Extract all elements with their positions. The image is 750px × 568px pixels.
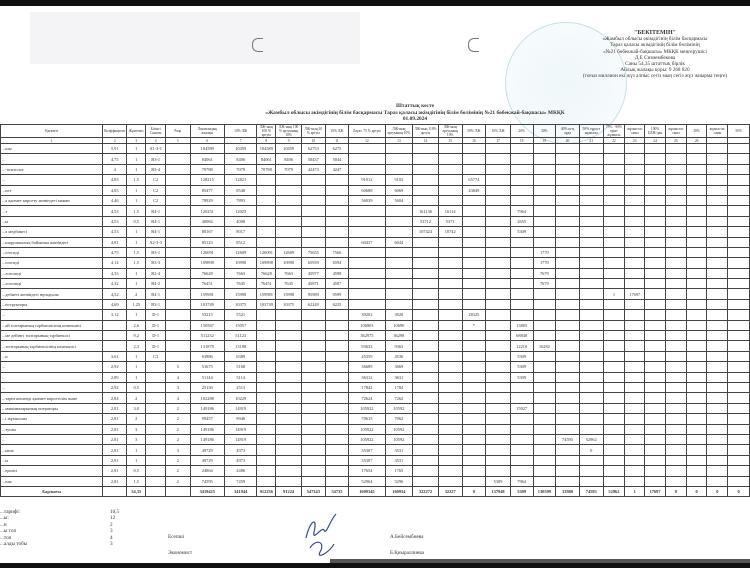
table-cell	[166, 279, 190, 289]
table-cell	[707, 206, 728, 216]
table-cell	[625, 424, 645, 434]
table-cell: В3-1	[146, 247, 166, 257]
table-cell: 5604	[385, 195, 413, 205]
table-cell	[579, 362, 603, 372]
table-cell: 15998	[276, 289, 302, 299]
table-cell	[438, 175, 462, 185]
table-cell	[728, 310, 750, 320]
table-cell: 12609	[225, 247, 257, 257]
table-cell: 4,69	[103, 299, 127, 309]
total-cell: 0	[665, 486, 686, 496]
table-cell: В3-1	[146, 299, 166, 309]
approval-block: "БЕКІТЕМІН" «Жамбыл облысы әкімдігінің б…	[560, 30, 750, 80]
table-cell	[625, 362, 645, 372]
column-header: 100% БЛЖ-дан	[645, 125, 666, 138]
table-cell	[413, 445, 439, 455]
table-cell: 15927	[510, 403, 533, 413]
table-cell	[166, 144, 190, 154]
table-cell: 50437	[301, 154, 325, 164]
table-cell	[349, 258, 385, 268]
table-cell	[625, 341, 645, 351]
table-cell: С2	[146, 185, 166, 195]
table-cell	[146, 414, 166, 424]
document-title: Штаттық кесте	[250, 103, 580, 110]
table-cell	[166, 154, 190, 164]
table-cell: 1	[127, 310, 146, 320]
table-cell	[462, 434, 486, 444]
table-cell	[665, 351, 686, 361]
table-cell	[301, 393, 325, 403]
table-cell	[257, 185, 276, 195]
table-cell	[510, 455, 533, 465]
table-cell: 4008	[225, 216, 257, 226]
table-cell	[146, 382, 166, 392]
table-cell	[462, 351, 486, 361]
table-cell	[166, 310, 190, 320]
table-cell	[556, 164, 580, 174]
table-cell	[325, 320, 349, 330]
total-cell: 137948	[486, 486, 511, 496]
table-cell: 75655	[301, 247, 325, 257]
table-cell: В4-1	[146, 216, 166, 226]
table-cell	[728, 299, 750, 309]
table-cell: D-1	[146, 310, 166, 320]
position-name-cell: ...шы	[1, 476, 103, 486]
table-cell	[533, 206, 556, 216]
table-cell	[556, 331, 580, 341]
table-cell	[462, 268, 486, 278]
table-cell	[707, 154, 728, 164]
table-cell	[625, 403, 645, 413]
table-cell	[166, 206, 190, 216]
table-cell: 13188	[225, 341, 257, 351]
table-cell	[625, 310, 645, 320]
table-cell	[603, 195, 625, 205]
table-cell	[665, 393, 686, 403]
background-sheet	[30, 12, 360, 64]
position-name-cell: ...логопеді	[1, 279, 103, 289]
table-cell	[686, 403, 707, 413]
table-cell	[385, 227, 413, 237]
table-cell	[510, 414, 533, 424]
table-cell	[413, 195, 439, 205]
table-cell	[438, 414, 462, 424]
table-cell: 1,5	[127, 258, 146, 268]
table-cell: 93633	[349, 341, 385, 351]
position-name-cell: ...ме дейінгі топтарының тәрбиешісі	[1, 331, 103, 341]
table-cell	[603, 466, 625, 476]
table-cell	[665, 299, 686, 309]
table-cell: В4-2	[146, 279, 166, 289]
column-header: жұмыстас саны	[665, 125, 686, 138]
table-cell	[645, 164, 666, 174]
table-cell: 15057	[225, 320, 257, 330]
table-cell	[462, 247, 486, 257]
table-cell: 1,5	[127, 206, 146, 216]
table-cell	[349, 227, 385, 237]
table-cell	[579, 247, 603, 257]
table-cell	[462, 289, 486, 299]
table-cell: 9,2	[127, 331, 146, 341]
column-header: 75% - 90% ерікт жұмысы	[603, 125, 625, 138]
table-cell	[533, 299, 556, 309]
table-cell	[645, 185, 666, 195]
table-cell	[486, 144, 511, 154]
table-cell: 65774	[462, 175, 486, 185]
table-cell	[462, 341, 486, 351]
table-cell: 14919	[225, 424, 257, 434]
table-cell: 7893	[225, 195, 257, 205]
table-cell	[603, 279, 625, 289]
table-cell	[625, 372, 645, 382]
table-cell: В4-1	[146, 227, 166, 237]
column-header: 50% ЛЖ	[462, 125, 486, 138]
table-cell: 1	[127, 154, 146, 164]
table-cell	[603, 164, 625, 174]
table-cell: 103749	[190, 299, 225, 309]
table-cell	[645, 195, 666, 205]
table-cell	[438, 320, 462, 330]
table-cell	[166, 227, 190, 237]
table-cell: 51144	[190, 372, 225, 382]
total-cell: 33980	[556, 486, 580, 496]
table-cell	[645, 341, 666, 351]
table-cell: 1770	[533, 258, 556, 268]
table-cell: 60437	[349, 237, 385, 247]
table-cell: 109898	[257, 258, 276, 268]
table-cell	[486, 164, 511, 174]
table-cell: 2	[166, 434, 190, 444]
table-cell	[625, 351, 645, 361]
position-name-cell: ...огопеді	[1, 247, 103, 257]
punch-hole-mark	[468, 38, 479, 52]
table-cell	[556, 393, 580, 403]
table-cell	[686, 237, 707, 247]
table-cell	[728, 476, 750, 486]
table-cell	[438, 362, 462, 372]
table-cell: 3	[127, 424, 146, 434]
table-cell	[385, 206, 413, 216]
position-name-cell: ...	[1, 382, 103, 392]
table-cell: 1	[127, 164, 146, 174]
table-cell	[413, 351, 439, 361]
table-cell	[438, 341, 462, 351]
table-cell	[385, 216, 413, 226]
table-cell	[728, 424, 750, 434]
table-cell: 106903	[349, 320, 385, 330]
table-cell	[686, 382, 707, 392]
table-cell: 10990	[276, 258, 302, 268]
table-cell	[413, 414, 439, 424]
table-cell	[385, 247, 413, 257]
table-cell	[728, 320, 750, 330]
table-cell	[486, 382, 511, 392]
table-cell	[533, 154, 556, 164]
table-cell: 10592	[385, 424, 413, 434]
total-cell: 130599	[533, 486, 556, 496]
table-cell	[625, 445, 645, 455]
table-cell	[645, 206, 666, 216]
table-cell: 17697	[625, 289, 645, 299]
table-cell	[486, 372, 511, 382]
table-cell	[146, 455, 166, 465]
table-cell	[728, 258, 750, 268]
table-cell	[486, 351, 511, 361]
total-cell: 341944	[225, 486, 257, 496]
summary-value: 3	[110, 541, 113, 547]
table-cell: 3920	[385, 310, 413, 320]
table-cell	[645, 310, 666, 320]
position-name-cell: ...ы	[1, 216, 103, 226]
table-cell	[603, 362, 625, 372]
table-cell: 14919	[225, 403, 257, 413]
table-cell	[665, 341, 686, 351]
table-row: ...ы4,530,5В4-14008440085371253712655	[1, 216, 750, 226]
column-header: Қызметі	[1, 125, 103, 138]
table-cell	[462, 362, 486, 372]
table-cell	[276, 434, 302, 444]
table-cell	[462, 279, 486, 289]
table-cell: 7079	[276, 164, 302, 174]
table-cell	[533, 382, 556, 392]
table-cell: 36312	[349, 372, 385, 382]
table-cell	[603, 351, 625, 361]
summary-block: ...тарифі:10,5...ы:12...н2...ы топ3...то…	[0, 509, 119, 547]
table-cell	[579, 466, 603, 476]
table-cell: 7262	[385, 393, 413, 403]
table-cell	[510, 393, 533, 403]
table-cell: 39202	[349, 310, 385, 320]
table-cell	[533, 195, 556, 205]
table-cell	[486, 414, 511, 424]
table-cell	[625, 185, 645, 195]
table-cell	[645, 175, 666, 185]
total-cell: 1	[625, 486, 645, 496]
table-cell	[625, 154, 645, 164]
table-cell	[385, 144, 413, 154]
table-cell: 63886	[190, 351, 225, 361]
table-cell	[645, 144, 666, 154]
table-cell	[301, 195, 325, 205]
table-cell: 12025	[225, 206, 257, 216]
table-cell	[625, 393, 645, 403]
table-cell	[301, 237, 325, 247]
table-cell	[510, 164, 533, 174]
column-header: 10% ЛЖ	[225, 125, 257, 138]
table-cell	[462, 206, 486, 216]
table-cell	[665, 310, 686, 320]
total-cell: 32227	[438, 486, 462, 496]
table-cell: 8406	[225, 154, 257, 164]
table-cell: 5309	[510, 351, 533, 361]
table-cell	[665, 403, 686, 413]
table-cell	[645, 216, 666, 226]
table-cell: 5309	[510, 372, 533, 382]
table-cell: 6275	[325, 144, 349, 154]
total-row: Барлығы54,353419425341944912236912245473…	[1, 486, 750, 496]
table-cell: 5309	[510, 362, 533, 372]
table-cell	[325, 403, 349, 413]
table-cell	[556, 362, 580, 372]
table-cell	[625, 455, 645, 465]
table-cell: 2	[166, 403, 190, 413]
table-cell: 5	[166, 362, 190, 372]
table-cell	[728, 455, 750, 465]
table-cell	[728, 154, 750, 164]
table-cell: 99457	[190, 414, 225, 424]
table-cell	[413, 362, 439, 372]
table-cell: 2,81	[103, 403, 127, 413]
table-cell: 4,53	[103, 206, 127, 216]
table-row: ...3,121D-155215552139202392028325	[1, 310, 750, 320]
table-cell: 4,53	[103, 227, 127, 237]
table-cell	[413, 455, 439, 465]
table-cell	[413, 310, 439, 320]
table-cell: 2	[166, 455, 190, 465]
table-cell: 7079	[225, 164, 257, 174]
column-header: 30%	[533, 125, 556, 138]
table-cell	[325, 455, 349, 465]
summary-row: ...алды тобы3	[0, 541, 119, 547]
table-cell	[645, 362, 666, 372]
table-cell	[146, 424, 166, 434]
table-cell: 102288	[190, 393, 225, 403]
table-row: ...тарға кешенді қызмет көрсетілім және2…	[1, 393, 750, 403]
table-cell	[413, 434, 439, 444]
table-cell	[257, 393, 276, 403]
table-cell	[603, 247, 625, 257]
table-cell	[510, 445, 533, 455]
economist-role: Экономист	[168, 550, 192, 556]
table-cell	[728, 393, 750, 403]
table-cell	[707, 237, 728, 247]
table-cell	[413, 372, 439, 382]
table-cell: 5044	[325, 154, 349, 164]
column-header: ЛЖ-ның 100 % артуы	[257, 125, 276, 138]
table-cell: С2	[146, 195, 166, 205]
table-cell: 62753	[301, 144, 325, 154]
table-cell: 4	[166, 372, 190, 382]
table-row: ...ыша2,81134972949733530735310	[1, 445, 750, 455]
table-cell	[707, 144, 728, 154]
table-cell	[579, 299, 603, 309]
table-cell	[728, 164, 750, 174]
table-cell: 149186	[190, 403, 225, 413]
table-row: ...ме дейінгі топтарының тәрбиешісі9,2D-…	[1, 331, 750, 341]
position-name-cell: ...ыша	[1, 445, 103, 455]
table-cell: 2	[166, 466, 190, 476]
table-cell	[686, 185, 707, 195]
table-cell: 4	[166, 393, 190, 403]
table-cell	[462, 393, 486, 403]
table-cell: С2	[146, 175, 166, 185]
table-cell	[707, 403, 728, 413]
table-cell: 105922	[349, 403, 385, 413]
table-cell	[438, 382, 462, 392]
table-cell: 1	[127, 279, 146, 289]
table-row: ...-психолог41В3-47078870797078870794247…	[1, 164, 750, 174]
table-cell	[462, 455, 486, 465]
table-cell	[603, 476, 625, 486]
table-cell	[665, 445, 686, 455]
table-cell: 4	[103, 164, 127, 174]
table-cell	[686, 258, 707, 268]
table-cell	[603, 268, 625, 278]
table-cell	[728, 362, 750, 372]
table-cell	[257, 341, 276, 351]
table-cell	[486, 195, 511, 205]
table-cell	[707, 455, 728, 465]
table-row: ...нструкторы4,691,25В3-1103749103751037…	[1, 299, 750, 309]
table-cell	[707, 320, 728, 330]
table-cell	[349, 154, 385, 164]
table-cell	[665, 455, 686, 465]
table-cell	[462, 258, 486, 268]
table-cell	[325, 331, 349, 341]
table-cell	[301, 216, 325, 226]
position-name-cell: ...ай топтарының тәрбиешісінің көмекшісі	[1, 320, 103, 330]
table-cell	[556, 247, 580, 257]
table-cell	[166, 237, 190, 247]
table-cell	[665, 195, 686, 205]
table-cell: 17654	[349, 466, 385, 476]
table-cell	[301, 445, 325, 455]
table-cell	[486, 403, 511, 413]
table-cell: 24864	[190, 466, 225, 476]
table-cell	[686, 289, 707, 299]
table-cell: 5521	[225, 310, 257, 320]
table-cell	[625, 434, 645, 444]
table-cell: 85477	[190, 185, 225, 195]
table-cell	[728, 414, 750, 424]
table-cell	[146, 466, 166, 476]
table-cell: 8406	[276, 154, 302, 164]
table-cell	[625, 175, 645, 185]
table-cell	[301, 424, 325, 434]
position-name-cell: ...	[1, 154, 103, 164]
total-cell: 1609345	[349, 486, 385, 496]
table-cell	[556, 414, 580, 424]
table-cell: 80167	[190, 227, 225, 237]
table-cell: 107424	[413, 227, 439, 237]
table-cell	[438, 154, 462, 164]
table-cell	[166, 258, 190, 268]
table-cell	[462, 403, 486, 413]
table-cell	[146, 445, 166, 455]
column-header: Лауаз. 75 % артуы	[349, 125, 385, 138]
table-cell	[413, 144, 439, 154]
document-subtitle: «Жамбыл облысы әкімдігінің білім басқарм…	[250, 110, 580, 117]
table-cell: 109898	[190, 258, 225, 268]
table-cell: 126091	[257, 247, 276, 257]
table-cell: 10690	[385, 320, 413, 330]
table-cell: 1	[127, 362, 146, 372]
table-cell	[385, 299, 413, 309]
total-cell: 0	[686, 486, 707, 496]
table-row: ...огопеді4,751,5В3-11260911260912609112…	[1, 247, 750, 257]
table-cell: 4,52	[103, 289, 127, 299]
table-cell	[413, 403, 439, 413]
table-cell	[665, 424, 686, 434]
table-cell	[462, 164, 486, 174]
table-cell	[686, 144, 707, 154]
table-cell: D-1	[146, 320, 166, 330]
table-cell	[486, 289, 511, 299]
table-cell: 43849	[462, 185, 486, 195]
table-cell	[462, 445, 486, 455]
table-cell	[645, 154, 666, 164]
table-cell	[665, 237, 686, 247]
